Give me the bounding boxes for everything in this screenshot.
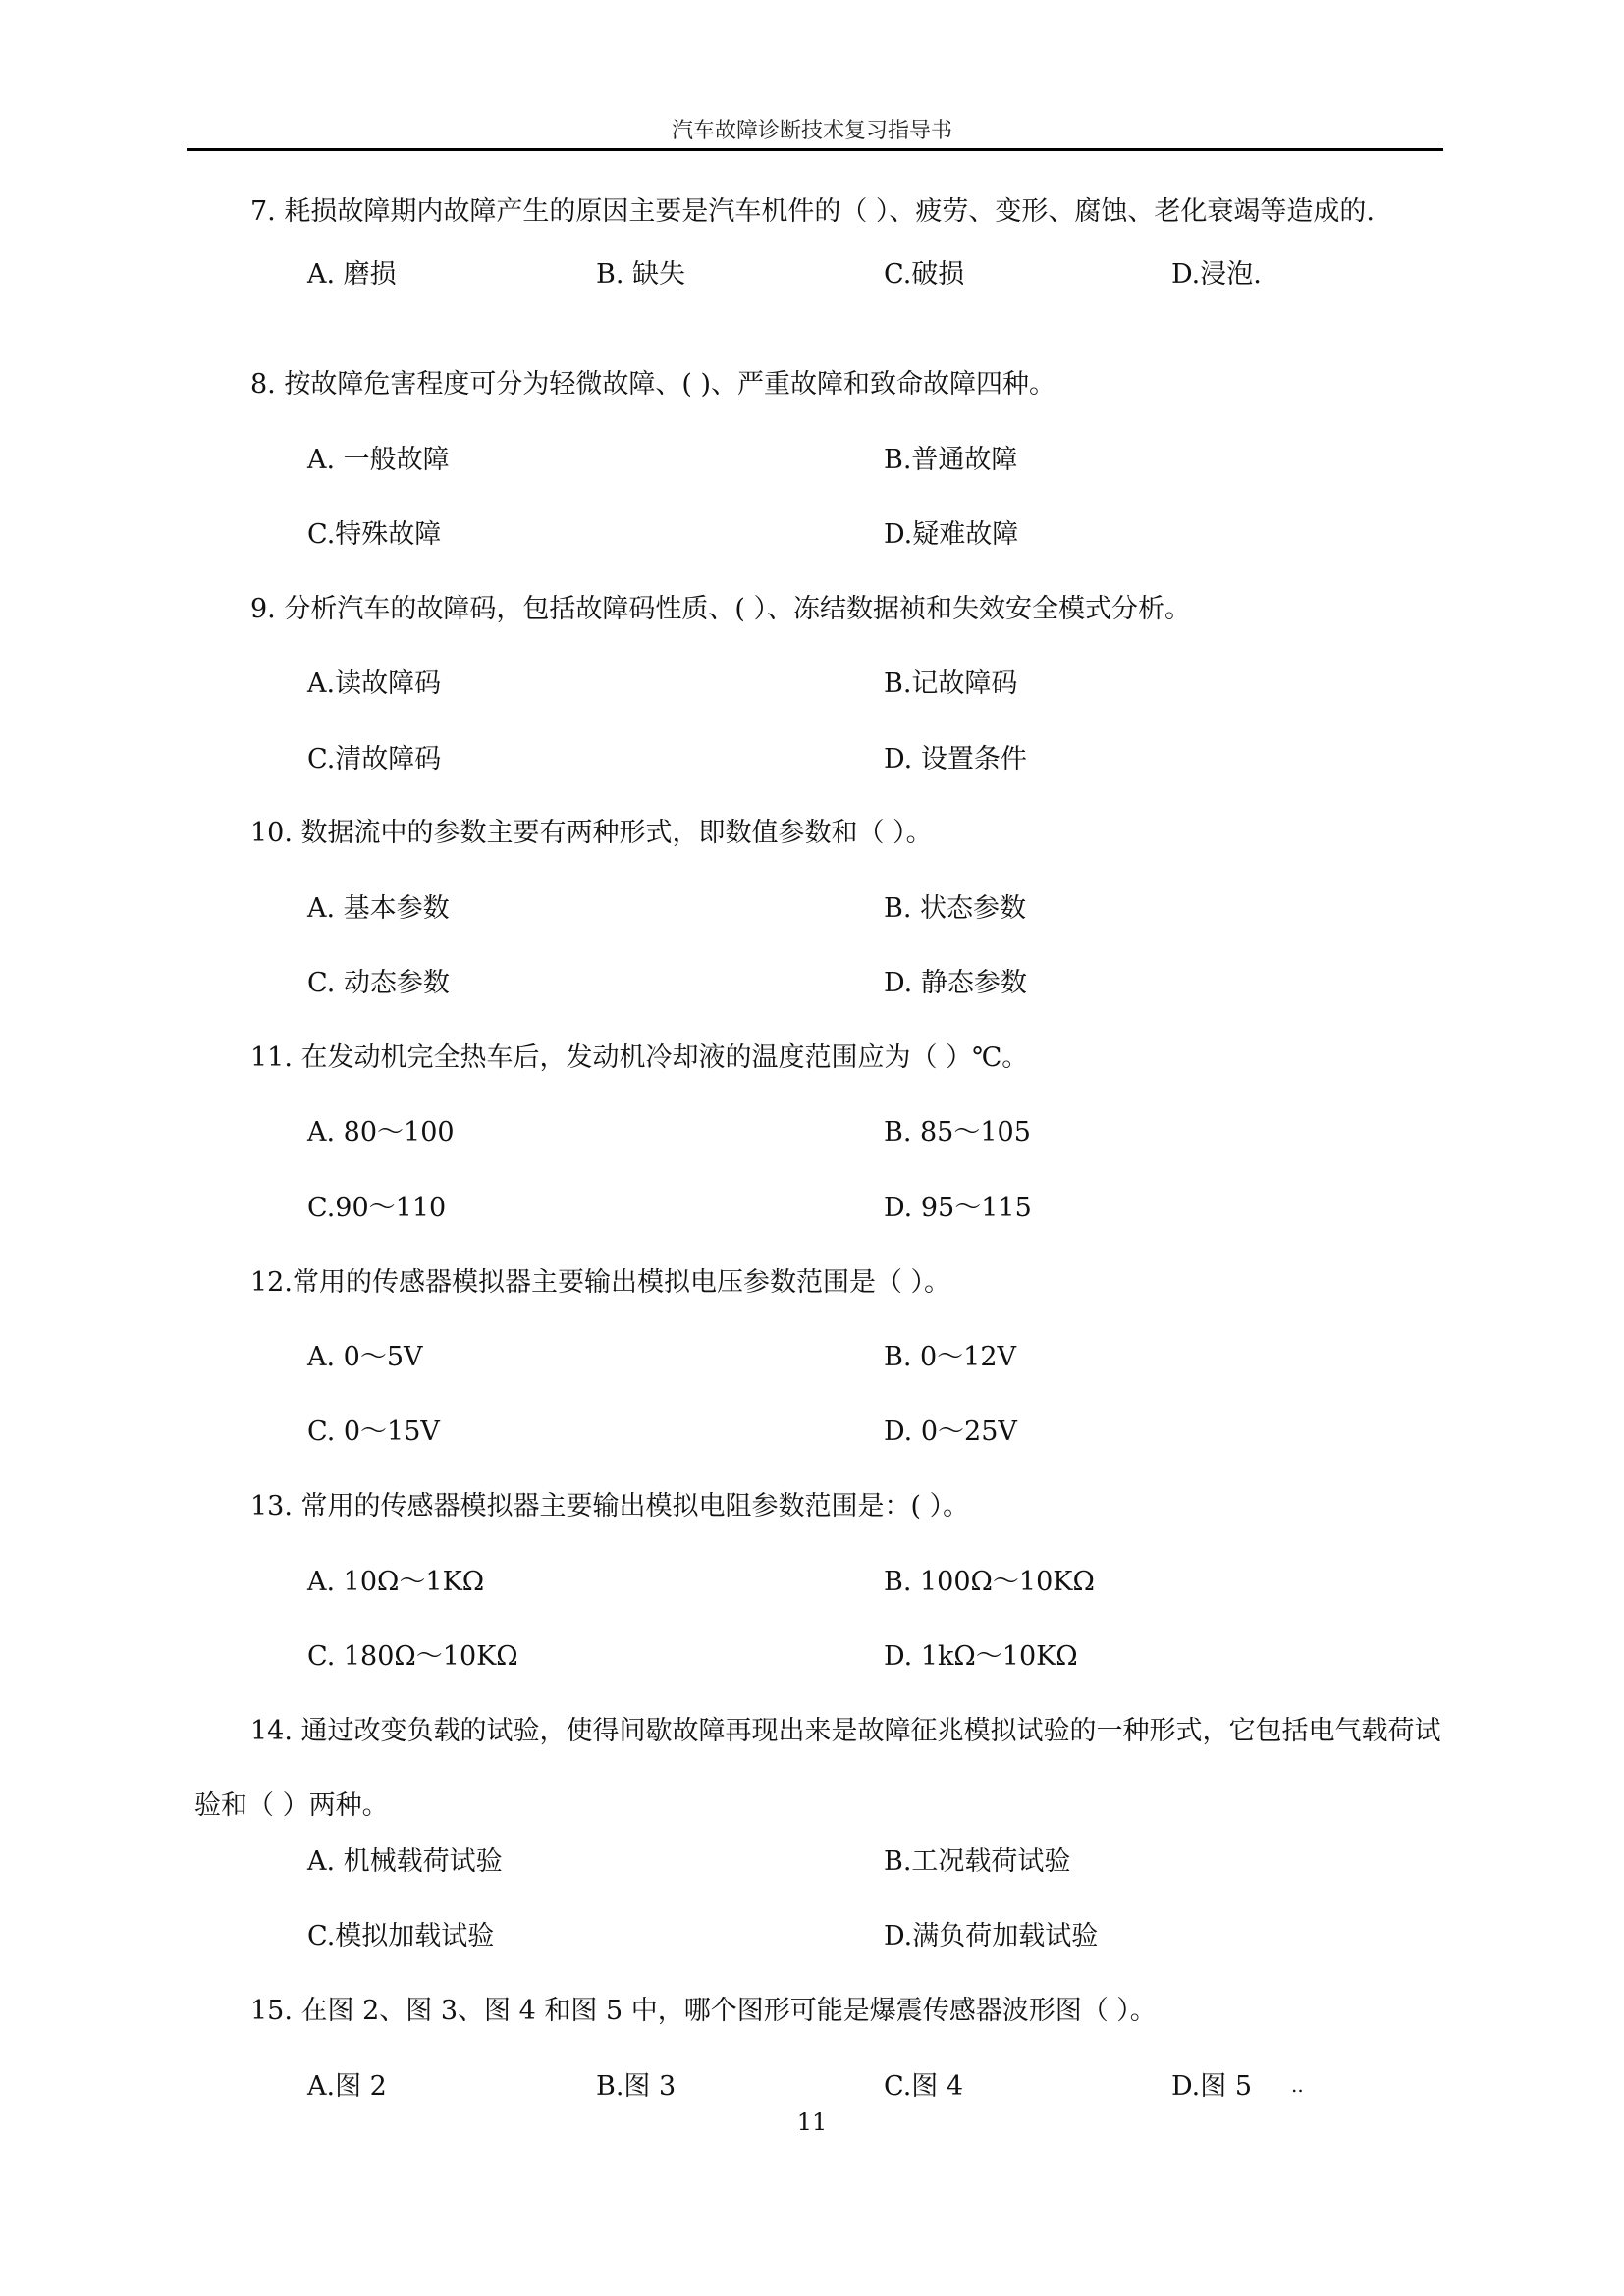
question-11: 11. 在发动机完全热车后，发动机冷却液的温度范围应为（ ）℃。 — [194, 1039, 1446, 1078]
option-d: D. 1kΩ～10KΩ — [884, 1637, 1078, 1677]
question-stem: 15. 在图 2、图 3、图 4 和图 5 中，哪个图形可能是爆震传感器波形图（… — [194, 1992, 1446, 2031]
page-number: 11 — [0, 2109, 1624, 2136]
option-a: A. 基本参数 — [307, 889, 450, 929]
question-stem: 13. 常用的传感器模拟器主要输出模拟电阻参数范围是：( ）。 — [194, 1487, 1446, 1526]
document-page: 汽车故障诊断技术复习指导书 7. 耗损故障期内故障产生的原因主要是汽车机件的（ … — [0, 0, 1624, 2296]
question-stem: 11. 在发动机完全热车后，发动机冷却液的温度范围应为（ ）℃。 — [194, 1039, 1446, 1078]
option-c: C.90～110 — [307, 1189, 446, 1228]
option-b: B. 状态参数 — [884, 889, 1026, 929]
option-d: D.图 5 — [1171, 2067, 1252, 2107]
stray-mark: .. — [1291, 2073, 1304, 2097]
question-12: 12.常用的传感器模拟器主要输出模拟电压参数范围是（ ）。 — [194, 1263, 1446, 1303]
option-b: B.图 3 — [596, 2067, 676, 2107]
question-13: 13. 常用的传感器模拟器主要输出模拟电阻参数范围是：( ）。 — [194, 1487, 1446, 1526]
option-b: B. 85～105 — [884, 1113, 1031, 1152]
option-a: A. 一般故障 — [307, 441, 450, 480]
option-b: B. 100Ω～10KΩ — [884, 1563, 1095, 1602]
option-b: B.普通故障 — [884, 441, 1017, 480]
question-8: 8. 按故障危害程度可分为轻微故障、( )、严重故障和致命故障四种。 — [194, 365, 1446, 404]
question-9: 9. 分析汽车的故障码，包括故障码性质、( ）、冻结数据祯和失效安全模式分析。 — [194, 590, 1446, 629]
option-b: B.记故障码 — [884, 665, 1017, 704]
option-b: B.工况载荷试验 — [884, 1842, 1070, 1882]
option-d: D.疑难故障 — [884, 515, 1018, 555]
question-7: 7. 耗损故障期内故障产生的原因主要是汽车机件的（ ）、疲劳、变形、腐蚀、老化衰… — [194, 192, 1446, 232]
option-d: D. 95～115 — [884, 1189, 1032, 1228]
option-c: C.清故障码 — [307, 740, 441, 779]
option-b: B. 0～12V — [884, 1338, 1016, 1377]
option-a: A.读故障码 — [307, 665, 441, 704]
option-c: C.图 4 — [884, 2067, 963, 2107]
option-c: C. 180Ω～10KΩ — [307, 1637, 518, 1677]
option-d: D. 静态参数 — [884, 964, 1027, 1003]
option-a: A. 80～100 — [307, 1113, 455, 1152]
option-c: C.破损 — [884, 255, 964, 294]
question-stem: 7. 耗损故障期内故障产生的原因主要是汽车机件的（ ）、疲劳、变形、腐蚀、老化衰… — [194, 192, 1446, 232]
question-stem: 9. 分析汽车的故障码，包括故障码性质、( ）、冻结数据祯和失效安全模式分析。 — [194, 590, 1446, 629]
option-c: C. 0～15V — [307, 1413, 440, 1452]
question-10: 10. 数据流中的参数主要有两种形式，即数值参数和（ ）。 — [194, 814, 1446, 853]
option-a: A. 0～5V — [307, 1338, 423, 1377]
header-divider — [187, 148, 1443, 151]
option-d: D. 0～25V — [884, 1413, 1017, 1452]
question-stem: 8. 按故障危害程度可分为轻微故障、( )、严重故障和致命故障四种。 — [194, 365, 1446, 404]
option-a: A. 机械载荷试验 — [307, 1842, 503, 1882]
option-d: D.满负荷加载试验 — [884, 1917, 1098, 1956]
option-c: C.模拟加载试验 — [307, 1917, 494, 1956]
option-b: B. 缺失 — [596, 255, 685, 294]
question-15: 15. 在图 2、图 3、图 4 和图 5 中，哪个图形可能是爆震传感器波形图（… — [194, 1992, 1446, 2031]
question-stem: 12.常用的传感器模拟器主要输出模拟电压参数范围是（ ）。 — [194, 1263, 1446, 1303]
option-c: C.特殊故障 — [307, 515, 441, 555]
option-c: C. 动态参数 — [307, 964, 450, 1003]
option-a: A. 磨损 — [307, 255, 397, 294]
question-stem: 10. 数据流中的参数主要有两种形式，即数值参数和（ ）。 — [194, 814, 1446, 853]
option-d: D. 设置条件 — [884, 740, 1027, 779]
question-14: 14. 通过改变负载的试验，使得间歇故障再现出来是故障征兆模拟试验的一种形式，它… — [194, 1712, 1446, 1843]
question-stem: 14. 通过改变负载的试验，使得间歇故障再现出来是故障征兆模拟试验的一种形式，它… — [194, 1694, 1446, 1843]
running-header-title: 汽车故障诊断技术复习指导书 — [0, 114, 1624, 144]
option-a: A. 10Ω～1KΩ — [307, 1563, 484, 1602]
option-a: A.图 2 — [307, 2067, 387, 2107]
option-d: D.浸泡. — [1171, 255, 1262, 294]
